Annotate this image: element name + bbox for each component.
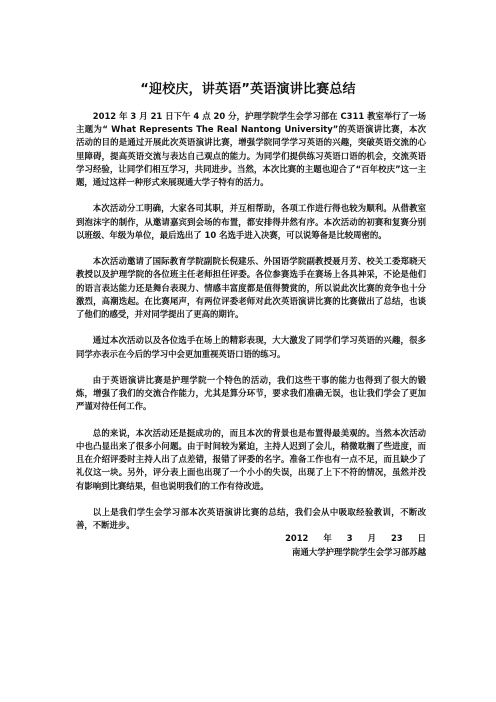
date-month: 3 [347,532,353,545]
paragraph-effect: 通过本次活动以及各位选手在场上的精彩表现，大大激发了同学们学习英语的兴趣，很多同… [76,334,426,360]
paragraph-organization: 本次活动分工明确，大家各司其职，并互相帮助，各项工作进行得也较为顺利。从借教室到… [76,202,426,242]
paragraph-problems: 总的来说，本次活动还是挺成功的，而且本次的背景也是布置得最美观的。当然本次活动中… [76,427,426,493]
document-body: 2012 年 3 月 21 日下午 4 点 20 分，护理学院学生会学习部在 C… [76,110,426,559]
document-title: “迎校庆，讲英语”英语演讲比赛总结 [0,82,496,98]
document-signature: 南通大学护理学院学生会学习部苏越 [76,546,426,559]
paragraph-event-overview: 2012 年 3 月 21 日下午 4 点 20 分，护理学院学生会学习部在 C… [76,110,426,189]
date-year: 2012 [285,532,308,545]
date-day-unit: 日 [418,532,426,545]
document-date: 2012年3月23日 [76,532,426,545]
document-page: “迎校庆，讲英语”英语演讲比赛总结 2012 年 3 月 21 日下午 4 点 … [0,0,496,702]
date-year-unit: 年 [323,532,331,545]
date-month-unit: 月 [368,532,376,545]
date-day: 23 [391,532,403,545]
paragraph-judges: 本次活动邀请了国际教育学院副院长倪建乐、外国语学院副教授聂月芳、校关工委郑晓天教… [76,255,426,321]
paragraph-conclusion: 以上是我们学生会学习部本次英语演讲比赛的总结，我们会从中吸取经验教训，不断改善，… [76,506,426,532]
paragraph-staff-growth: 由于英语演讲比赛是护理学院一个特色的活动，我们这些干事的能力也得到了很大的锻炼，… [76,374,426,414]
